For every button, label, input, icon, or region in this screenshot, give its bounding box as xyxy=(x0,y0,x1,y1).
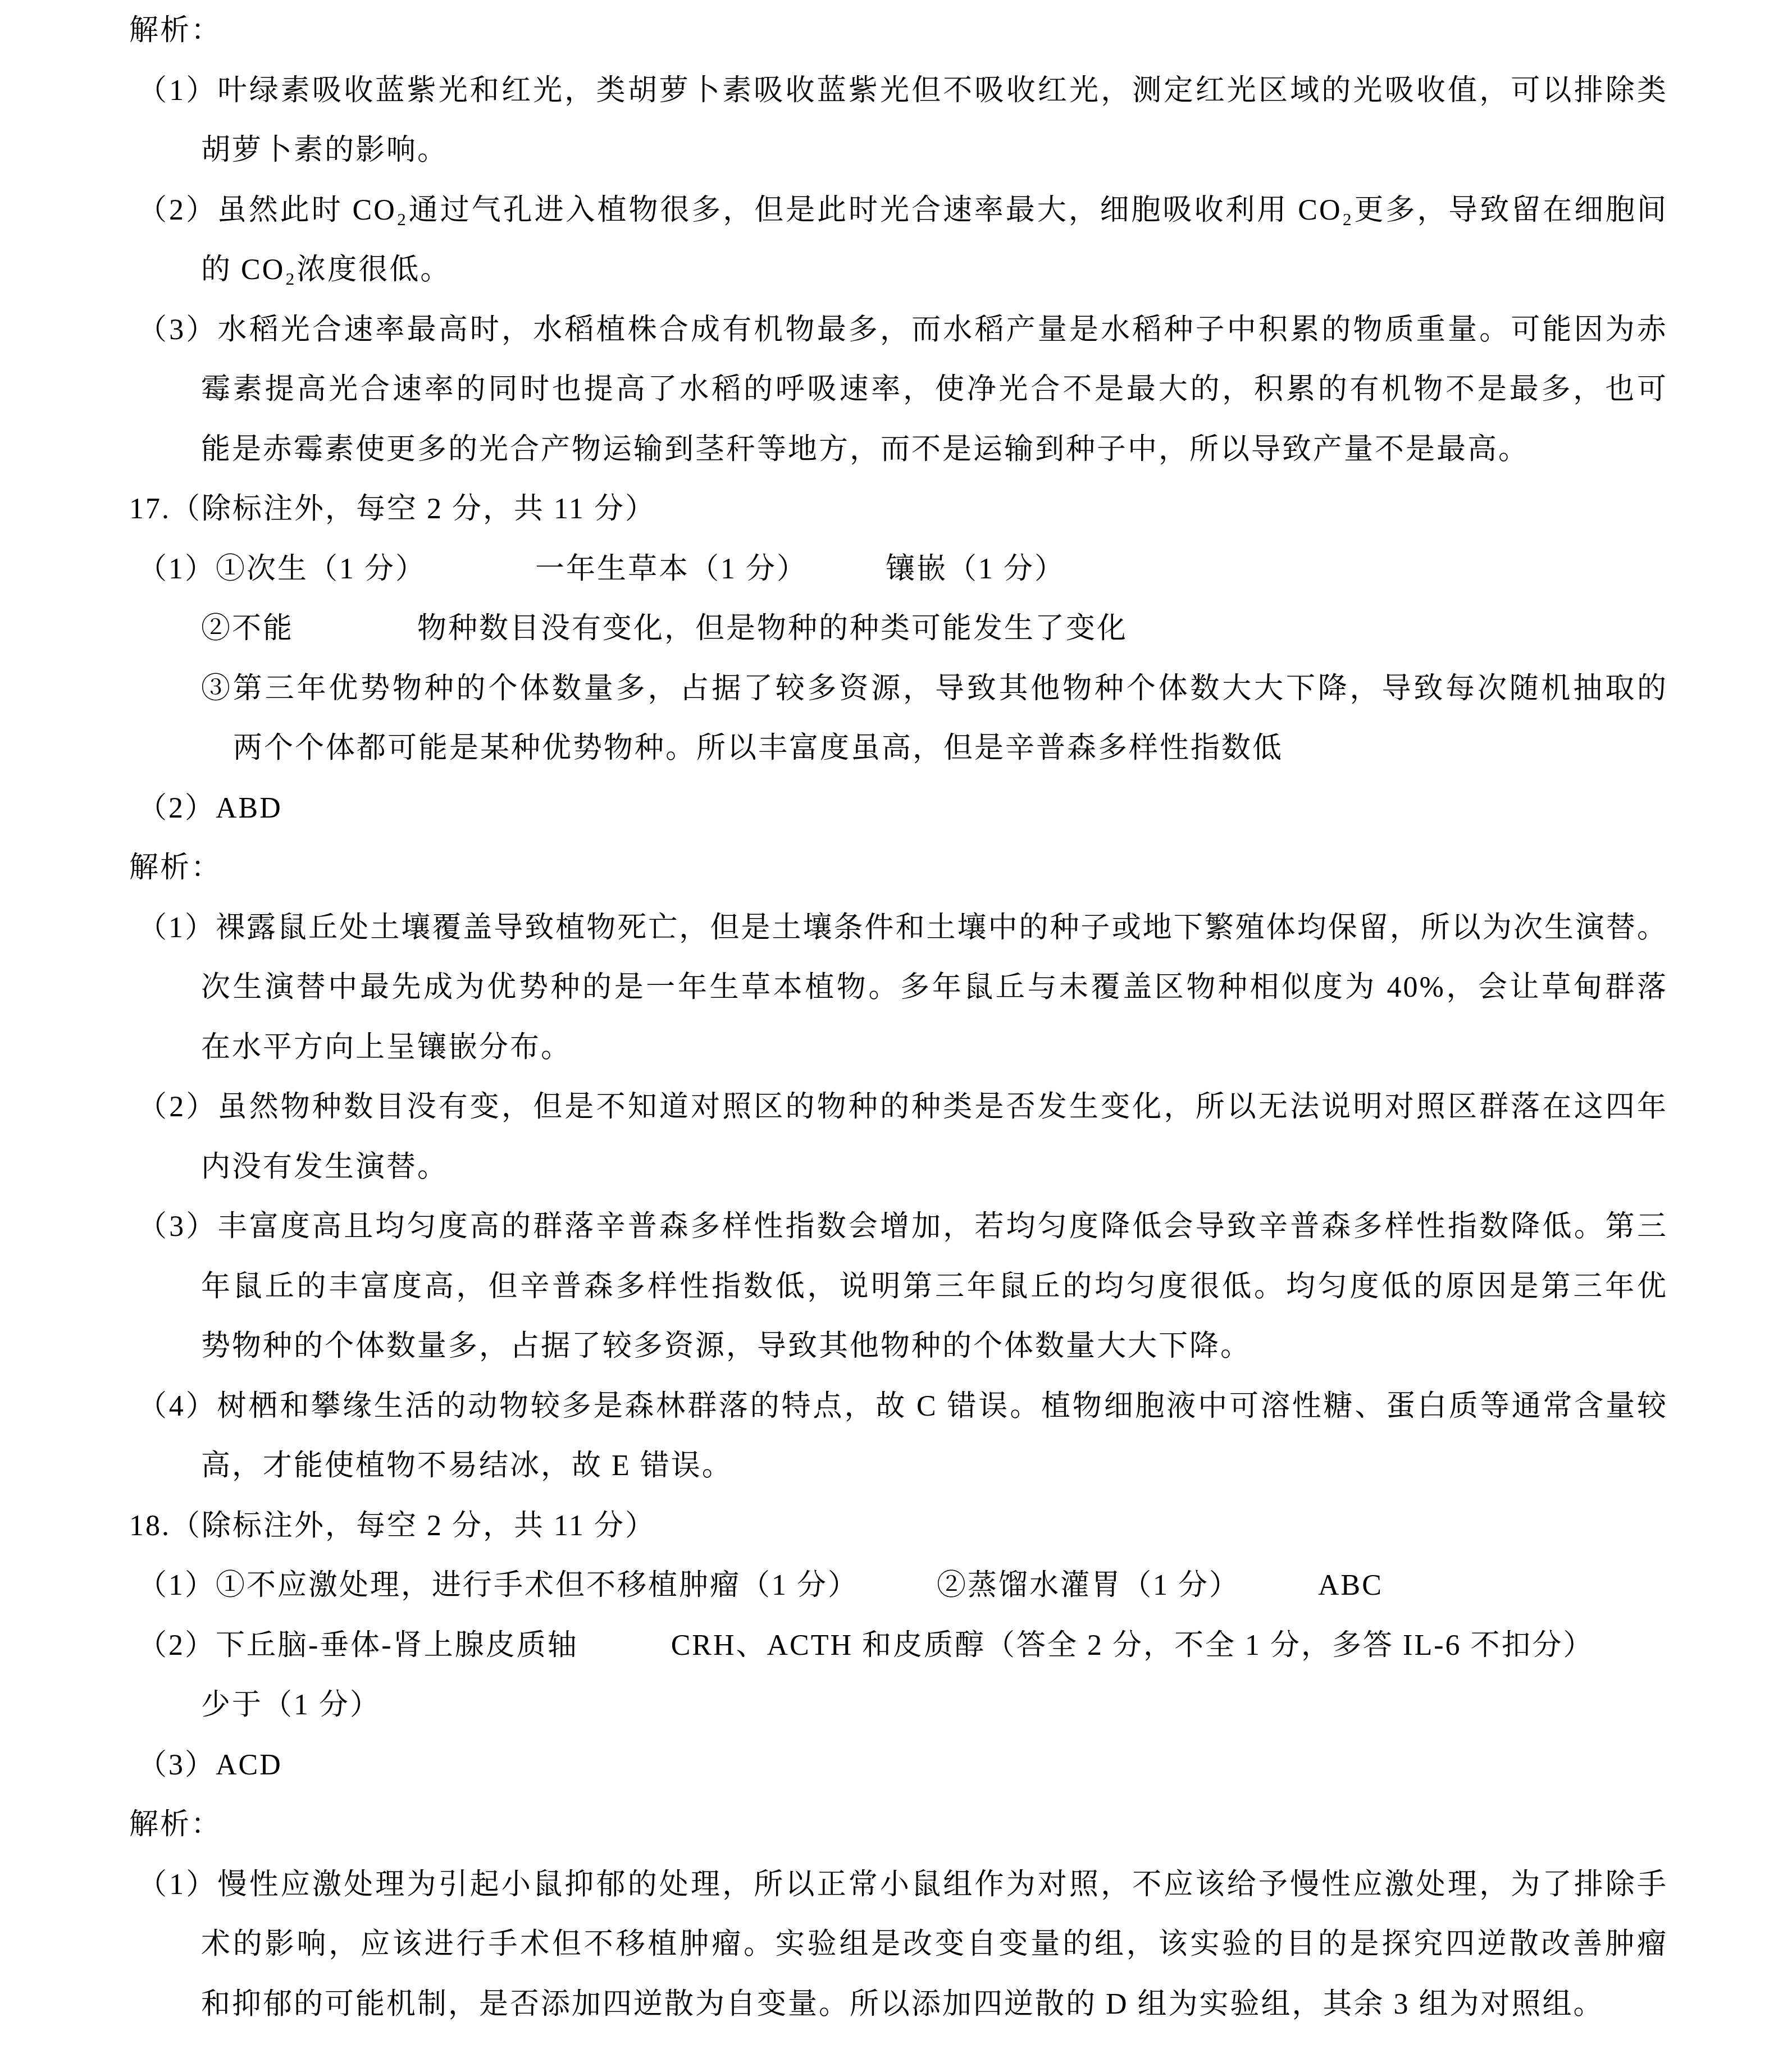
text-line-11: ②不能 物种数目没有变化，但是物种的种类可能发生了变化 xyxy=(201,599,1668,659)
text-line-3: 胡萝卜素的影响。 xyxy=(201,121,1668,181)
text-line-12: ③第三年优势物种的个体数量多，占据了较多资源，导致其他物种个体数大大下降，导致每… xyxy=(201,659,1668,719)
text-line-17: 次生演替中最先成为优势种的是一年生草本植物。多年鼠丘与未覆盖区物种相似度为 40… xyxy=(201,958,1668,1018)
text-line-32: （1）慢性应激处理为引起小鼠抑郁的处理，所以正常小鼠组作为对照，不应该给予慢性应… xyxy=(138,1855,1668,1915)
text-line-16: （1）裸露鼠丘处土壤覆盖导致植物死亡，但是土壤条件和土壤中的种子或地下繁殖体均保… xyxy=(138,898,1668,959)
text-line-5: 的 CO₂浓度很低。 xyxy=(201,240,1668,300)
text-line-6: （3）水稻光合速率最高时，水稻植株合成有机物最多，而水稻产量是水稻种子中积累的物… xyxy=(138,300,1668,360)
text-line-10: （1）①次生（1 分） 一年生草本（1 分） 镶嵌（1 分） xyxy=(138,540,1668,600)
text-line-30: （3）ACD xyxy=(138,1736,1668,1796)
text-line-9: 17.（除标注外，每空 2 分，共 11 分） xyxy=(129,480,1668,540)
text-line-1: 解析： xyxy=(129,1,1668,61)
text-line-2: （1）叶绿素吸收蓝紫光和红光，类胡萝卜素吸收蓝紫光但不吸收红光，测定红光区域的光… xyxy=(138,61,1668,121)
text-line-15: 解析： xyxy=(129,838,1668,898)
text-line-34: 和抑郁的可能机制，是否添加四逆散为自变量。所以添加四逆散的 D 组为实验组，其余… xyxy=(201,1975,1668,2035)
text-line-14: （2）ABD xyxy=(138,779,1668,839)
text-line-24: （4）树栖和攀缘生活的动物较多是森林群落的特点，故 C 错误。植物细胞液中可溶性… xyxy=(138,1377,1668,1437)
text-line-8: 能是赤霉素使更多的光合产物运输到茎秆等地方，而不是运输到种子中，所以导致产量不是… xyxy=(201,420,1668,480)
text-line-25: 高，才能使植物不易结冰，故 E 错误。 xyxy=(201,1436,1668,1496)
text-line-28: （2）下丘脑-垂体-肾上腺皮质轴 CRH、ACTH 和皮质醇（答全 2 分，不全… xyxy=(138,1616,1668,1676)
text-line-29: 少于（1 分） xyxy=(201,1676,1668,1736)
text-line-18: 在水平方向上呈镶嵌分布。 xyxy=(201,1018,1668,1078)
text-line-4: （2）虽然此时 CO₂通过气孔进入植物很多，但是此时光合速率最大，细胞吸收利用 … xyxy=(138,181,1668,241)
text-line-33: 术的影响，应该进行手术但不移植肿瘤。实验组是改变自变量的组，该实验的目的是探究四… xyxy=(201,1915,1668,1975)
text-line-26: 18.（除标注外，每空 2 分，共 11 分） xyxy=(129,1496,1668,1557)
text-line-31: 解析： xyxy=(129,1795,1668,1855)
text-line-13: 两个个体都可能是某种优势物种。所以丰富度虽高，但是辛普森多样性指数低 xyxy=(233,719,1668,779)
document-body: 解析：（1）叶绿素吸收蓝紫光和红光，类胡萝卜素吸收蓝紫光但不吸收红光，测定红光区… xyxy=(0,0,1783,2034)
answer-key-page: 解析：（1）叶绿素吸收蓝紫光和红光，类胡萝卜素吸收蓝紫光但不吸收红光，测定红光区… xyxy=(0,0,1783,2072)
text-line-22: 年鼠丘的丰富度高，但辛普森多样性指数低，说明第三年鼠丘的均匀度很低。均匀度低的原… xyxy=(201,1257,1668,1317)
text-line-19: （2）虽然物种数目没有变，但是不知道对照区的物种的种类是否发生变化，所以无法说明… xyxy=(138,1078,1668,1138)
text-line-23: 势物种的个体数量多，占据了较多资源，导致其他物种的个体数量大大下降。 xyxy=(201,1317,1668,1377)
text-line-20: 内没有发生演替。 xyxy=(201,1138,1668,1198)
text-line-21: （3）丰富度高且均匀度高的群落辛普森多样性指数会增加，若均匀度降低会导致辛普森多… xyxy=(138,1197,1668,1257)
text-line-7: 霉素提高光合速率的同时也提高了水稻的呼吸速率，使净光合不是最大的，积累的有机物不… xyxy=(201,360,1668,420)
text-line-27: （1）①不应激处理，进行手术但不移植肿瘤（1 分） ②蒸馏水灌胃（1 分） AB… xyxy=(138,1556,1668,1616)
